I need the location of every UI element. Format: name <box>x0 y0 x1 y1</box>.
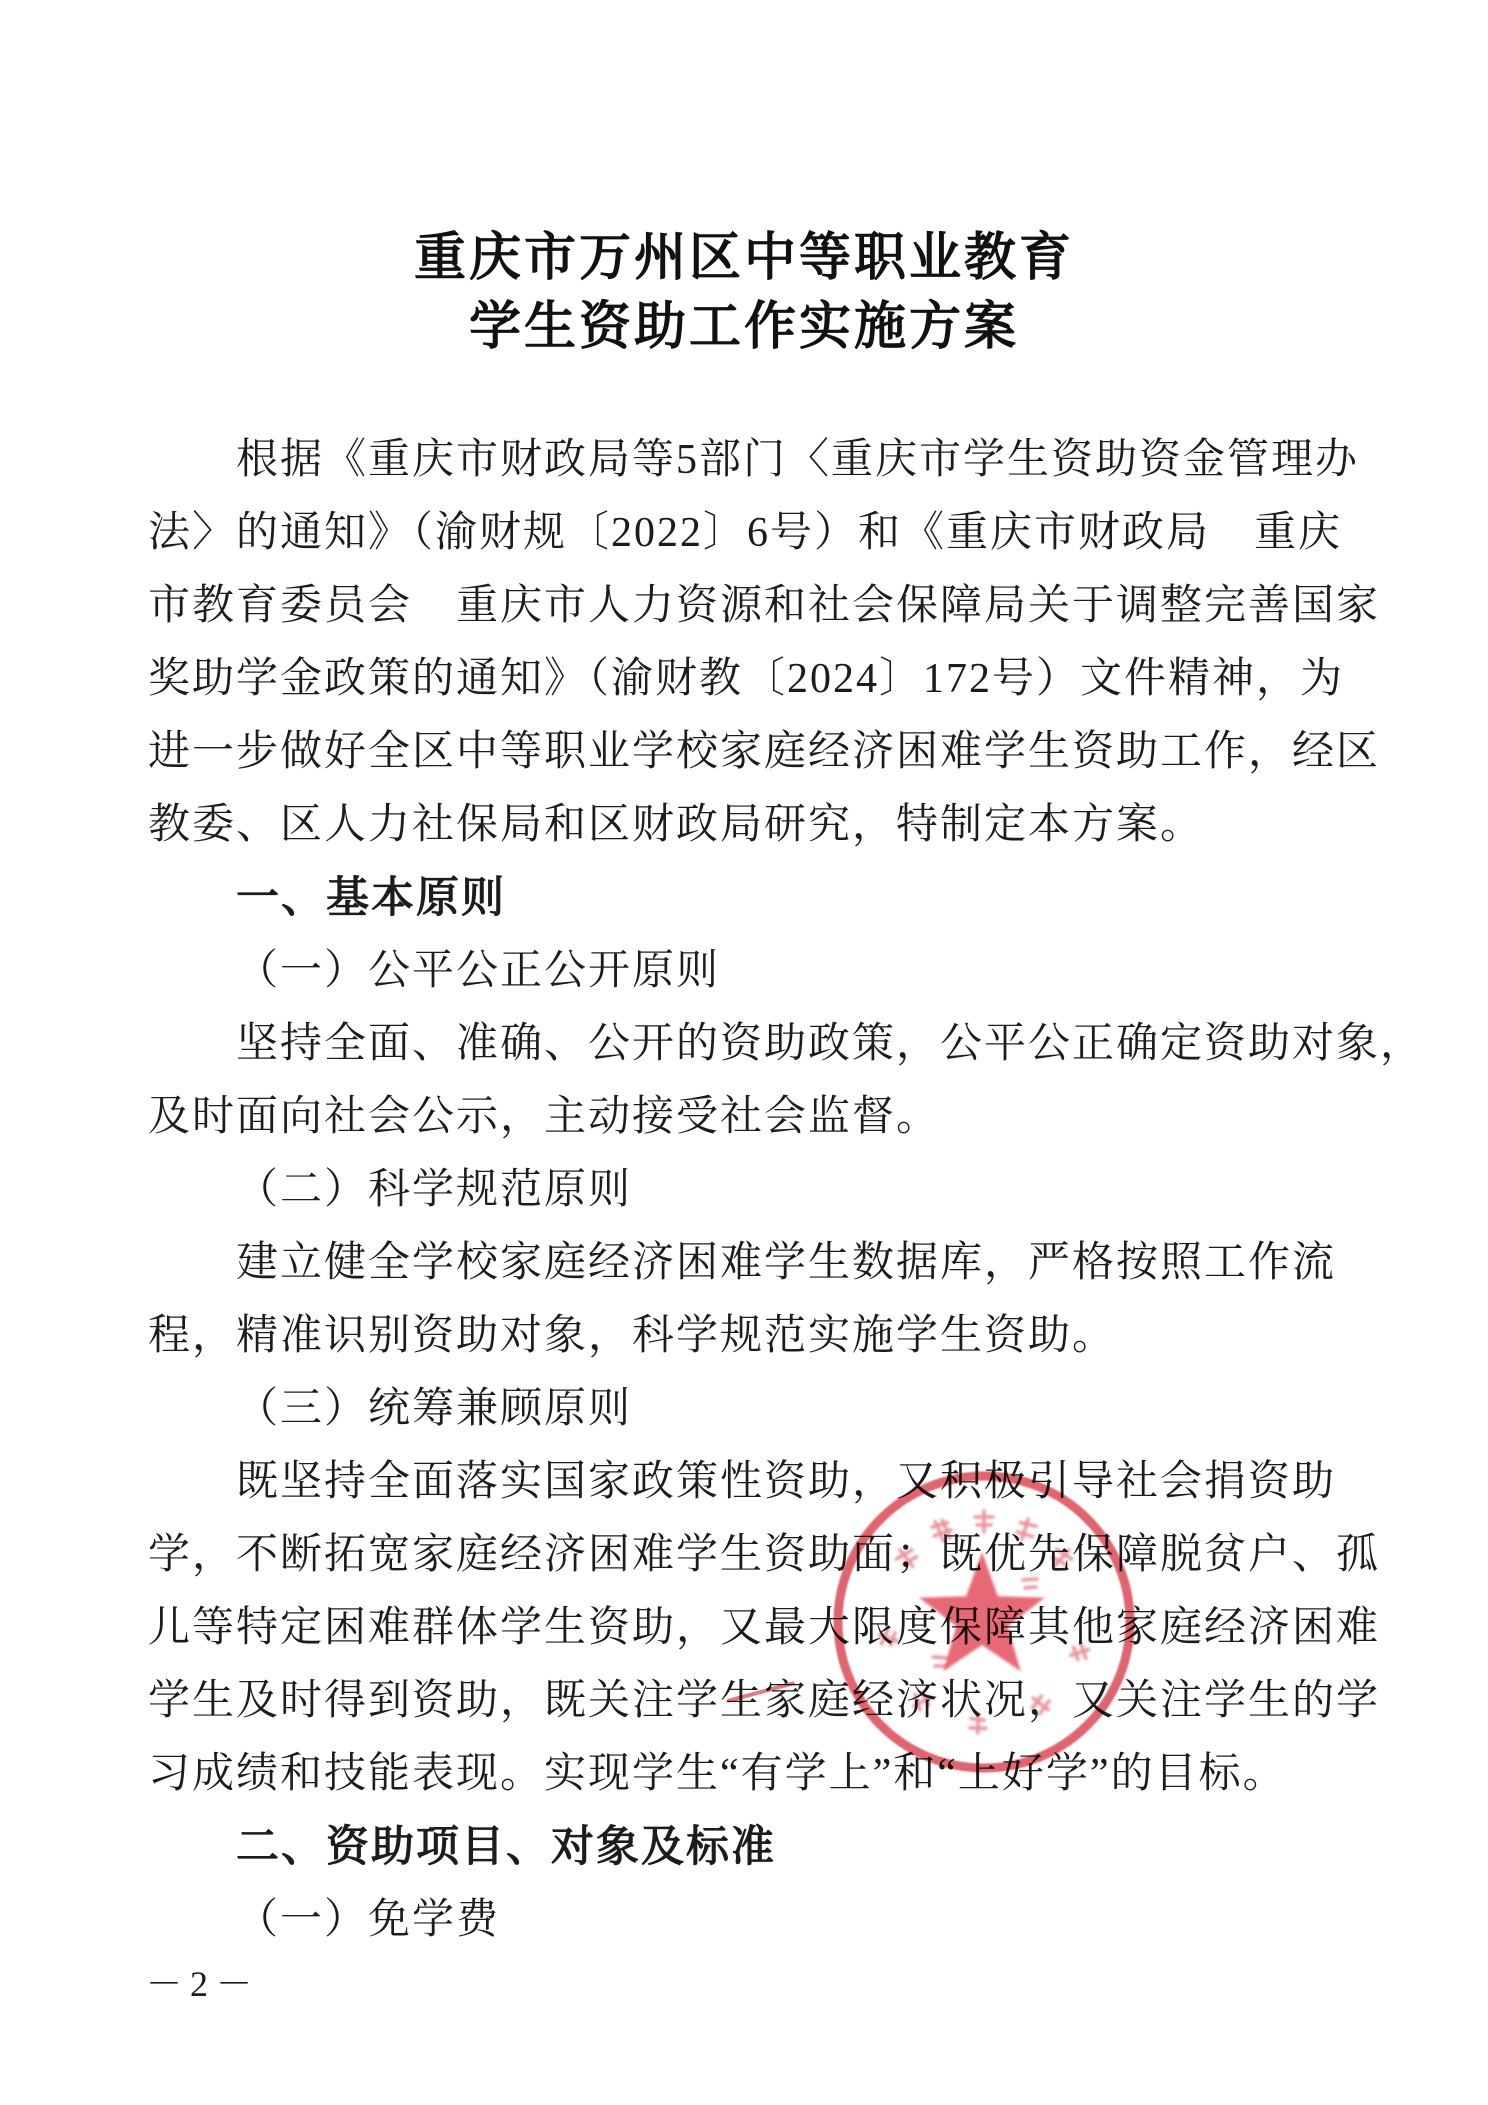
text-line: 奖助学金政策的通知》（渝财教〔2024〕172号）文件精神，为 <box>148 643 1344 716</box>
text-line: 学，不断拓宽家庭经济困难学生资助面；既优先保障脱贫户、孤 <box>148 1519 1344 1592</box>
text-line: （一）公平公正公开原则 <box>148 935 1344 1008</box>
text-line: 程，精准识别资助对象，科学规范实施学生资助。 <box>148 1300 1344 1373</box>
text-line: 一、基本原则 <box>148 862 1344 935</box>
text-line: 建立健全学校家庭经济困难学生数据库，严格按照工作流 <box>148 1227 1344 1300</box>
document-title-line1: 重庆市万州区中等职业教育 <box>0 224 1488 293</box>
document-page: 重庆市万州区中等职业教育 学生资助工作实施方案 根据《重庆市财政局等5部门〈重庆… <box>0 0 1488 2105</box>
text-line: 坚持全面、准确、公开的资助政策，公平公正确定资助对象， <box>148 1008 1344 1081</box>
page-number: －2－ <box>146 1956 260 2007</box>
text-line: 根据《重庆市财政局等5部门〈重庆市学生资助资金管理办 <box>148 424 1344 497</box>
document-title-line2: 学生资助工作实施方案 <box>0 293 1488 362</box>
text-line: （二）科学规范原则 <box>148 1154 1344 1227</box>
text-line: 习成绩和技能表现。实现学生“有学上”和“上好学”的目标。 <box>148 1738 1344 1811</box>
document-body: 根据《重庆市财政局等5部门〈重庆市学生资助资金管理办法〉的通知》（渝财规〔202… <box>148 424 1344 1957</box>
text-line: 及时面向社会公示，主动接受社会监督。 <box>148 1081 1344 1154</box>
text-line: 儿等特定困难群体学生资助，又最大限度保障其他家庭经济困难 <box>148 1592 1344 1665</box>
text-line: 法〉的通知》（渝财规〔2022〕6号）和《重庆市财政局 重庆 <box>148 497 1344 570</box>
text-line: 市教育委员会 重庆市人力资源和社会保障局关于调整完善国家 <box>148 570 1344 643</box>
text-line: 教委、区人力社保局和区财政局研究，特制定本方案。 <box>148 789 1344 862</box>
text-line: （一）免学费 <box>148 1884 1344 1957</box>
text-line: （三）统筹兼顾原则 <box>148 1373 1344 1446</box>
text-line: 既坚持全面落实国家政策性资助，又积极引导社会捐资助 <box>148 1446 1344 1519</box>
text-line: 学生及时得到资助，既关注学生家庭经济状况，又关注学生的学 <box>148 1665 1344 1738</box>
text-line: 二、资助项目、对象及标准 <box>148 1811 1344 1884</box>
text-line: 进一步做好全区中等职业学校家庭经济困难学生资助工作，经区 <box>148 716 1344 789</box>
document-title: 重庆市万州区中等职业教育 学生资助工作实施方案 <box>0 224 1488 362</box>
